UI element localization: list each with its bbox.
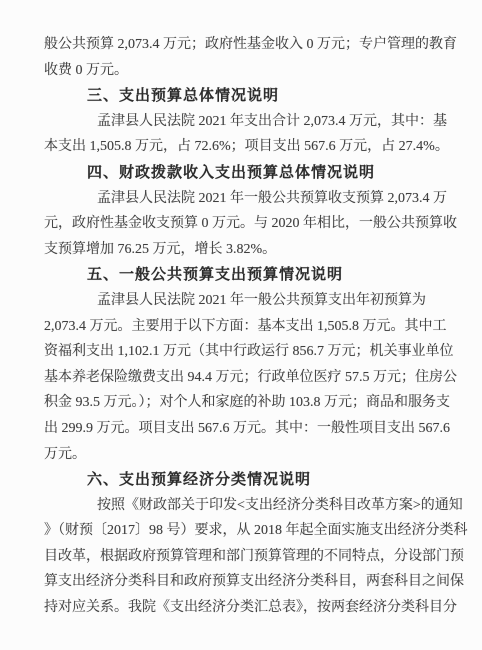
paragraph: 孟津县人民法院 2021 年支出合计 2,073.4 万元，其中：基本支出 1,… (44, 109, 440, 160)
paragraph: 孟津县人民法院 2021 年一般公共预算收支预算 2,073.4 万元，政府性基… (44, 186, 440, 263)
text-line: 支预算增加 76.25 万元，增长 3.82%。 (44, 237, 440, 263)
text-line: 资福利支出 1,102.1 万元（其中行政运行 856.7 万元；机关事业单位 (44, 339, 440, 365)
paragraph-continuation: 般公共预算 2,073.4 万元；政府性基金收入 0 万元；专户管理的教育收费 … (44, 32, 440, 83)
text-line: 收费 0 万元。 (44, 58, 440, 84)
section-heading: 五、一般公共预算支出预算情况说明 (44, 262, 440, 288)
text-line: 孟津县人民法院 2021 年一般公共预算收支预算 2,073.4 万 (44, 186, 440, 212)
text-line: 目改革，根据政府预算管理和部门预算管理的不同特点，分设部门预 (44, 544, 440, 570)
text-line: 孟津县人民法院 2021 年支出合计 2,073.4 万元，其中：基 (44, 109, 440, 135)
text-line: 元，政府性基金收支预算 0 万元。与 2020 年相比，一般公共预算收 (44, 211, 440, 237)
text-line: 本支出 1,505.8 万元，占 72.6%；项目支出 567.6 万元，占 2… (44, 134, 440, 160)
text-line: 积金 93.5 万元。）；对个人和家庭的补助 103.8 万元；商品和服务支 (44, 390, 440, 416)
text-line: 算支出经济分类科目和政府预算支出经济分类科目，两套科目之间保 (44, 569, 440, 595)
text-line: 出 299.9 万元。项目支出 567.6 万元。其中：一般性项目支出 567.… (44, 416, 440, 442)
text-line: 按照《财政部关于印发<支出经济分类科目改革方案>的通知 (44, 493, 440, 519)
text-line: 》（财预〔2017〕98 号）要求，从 2018 年起全面实施支出经济分类科 (44, 518, 440, 544)
section-heading: 三、支出预算总体情况说明 (44, 83, 440, 109)
paragraph: 孟津县人民法院 2021 年一般公共预算支出年初预算为2,073.4 万元。主要… (44, 288, 440, 467)
text-line: 持对应关系。我院《支出经济分类汇总表》，按两套经济分类科目分 (44, 595, 440, 621)
paragraph: 按照《财政部关于印发<支出经济分类科目改革方案>的通知》（财预〔2017〕98 … (44, 493, 440, 621)
text-line: 万元。 (44, 442, 440, 468)
section-heading: 四、财政拨款收入支出预算总体情况说明 (44, 160, 440, 186)
text-line: 2,073.4 万元。主要用于以下方面：基本支出 1,505.8 万元。其中工 (44, 314, 440, 340)
text-line: 孟津县人民法院 2021 年一般公共预算支出年初预算为 (44, 288, 440, 314)
text-line: 基本养老保险缴费支出 94.4 万元；行政单位医疗 57.5 万元；住房公 (44, 365, 440, 391)
document-page: 般公共预算 2,073.4 万元；政府性基金收入 0 万元；专户管理的教育收费 … (0, 0, 482, 650)
section-heading: 六、支出预算经济分类情况说明 (44, 467, 440, 493)
text-line: 般公共预算 2,073.4 万元；政府性基金收入 0 万元；专户管理的教育 (44, 32, 440, 58)
